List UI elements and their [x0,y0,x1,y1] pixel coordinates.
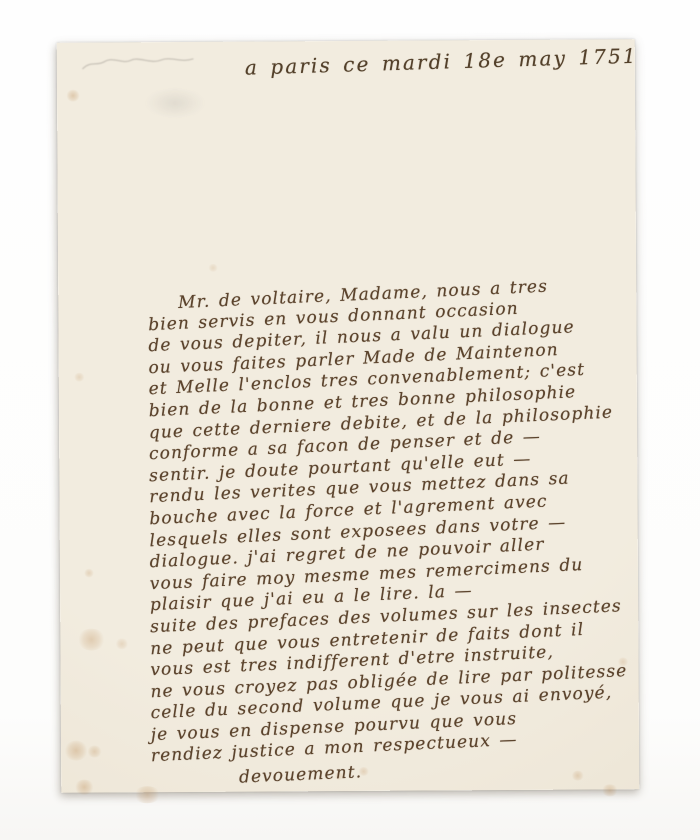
faint-pencil-mark [79,50,199,77]
letter-dateline: a paris ce mardi 18e may 1751 [245,44,639,80]
letter-body: Mr. de voltaire, Madame, nous a tresbien… [148,290,631,790]
foxing-spot [208,264,218,272]
photo-background: a paris ce mardi 18e may 1751 Mr. de vol… [0,0,700,840]
foxing-spot [84,569,94,578]
foxing-spot [77,628,105,650]
paper-smudge [135,82,215,124]
foxing-spot [66,90,80,102]
foxing-spot [74,780,94,795]
foxing-spot [87,746,102,758]
foxing-spot [64,741,88,761]
letter-page: a paris ce mardi 18e may 1751 Mr. de vol… [57,39,640,793]
foxing-spot [115,638,128,649]
foxing-spot [74,373,85,382]
